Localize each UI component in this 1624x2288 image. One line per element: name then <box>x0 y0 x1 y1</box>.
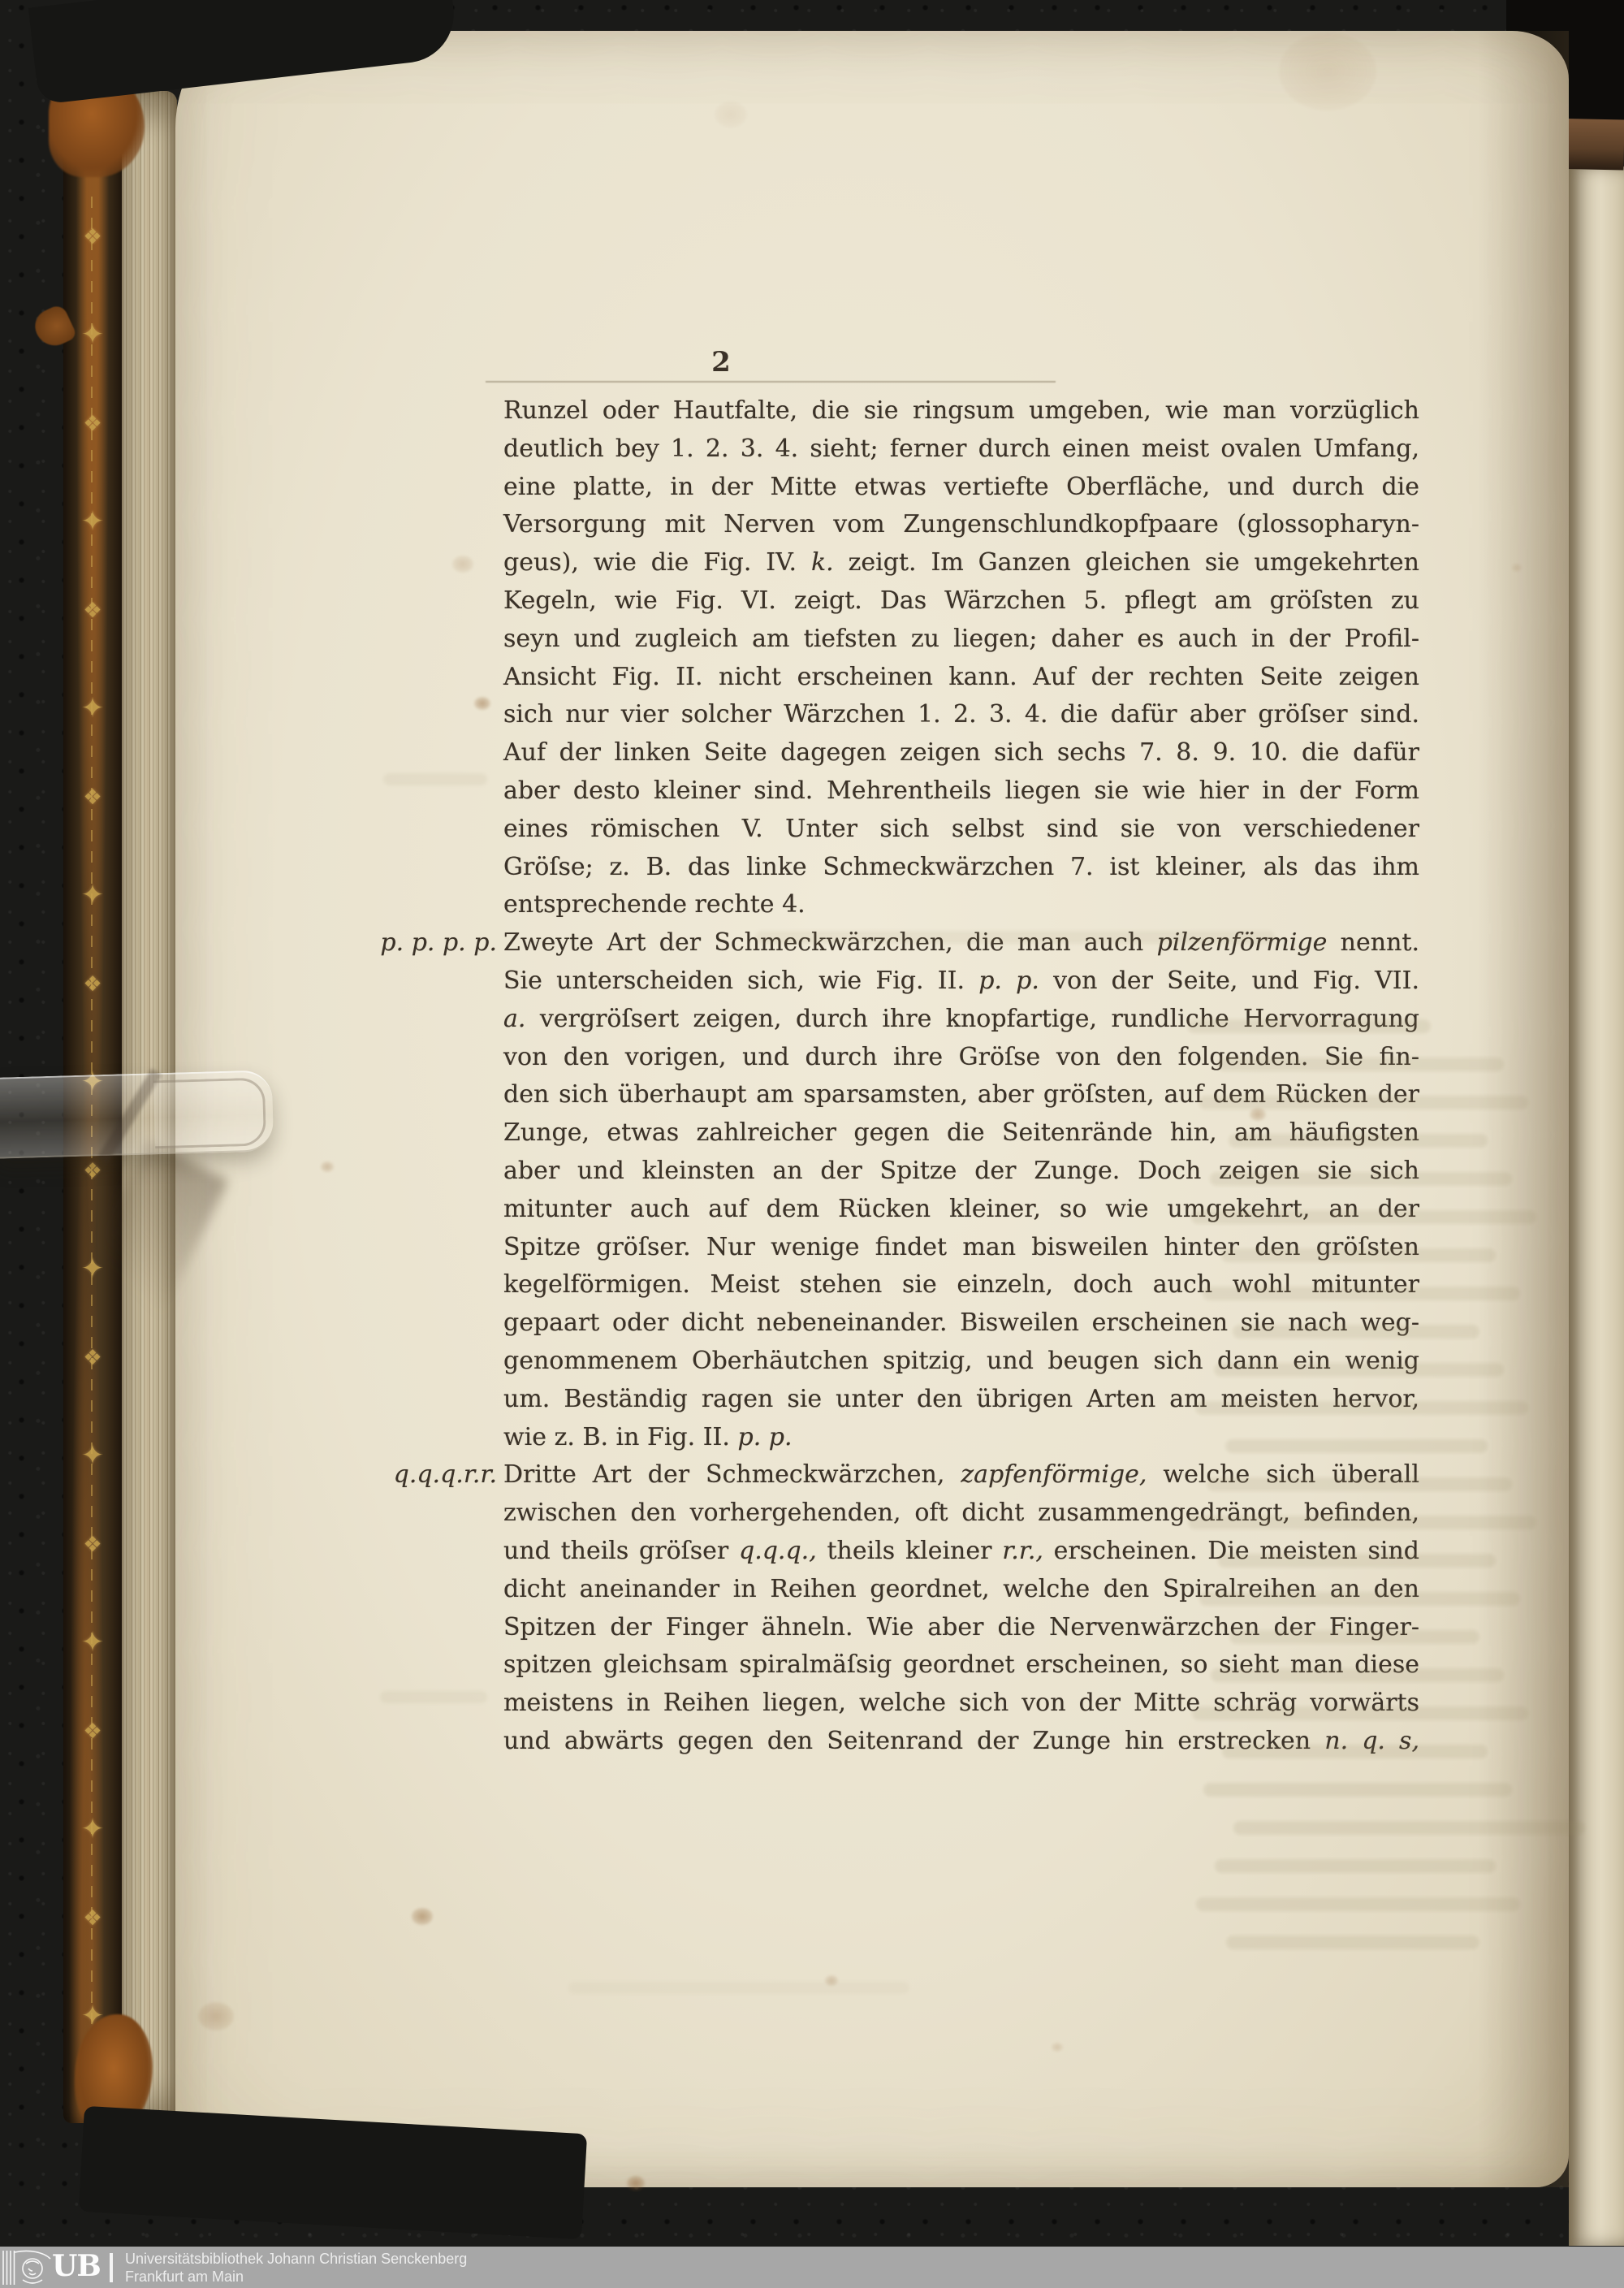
text-line: seyn und zugleich am tiefsten zu liegen;… <box>503 620 1419 658</box>
page-number: 2 <box>692 346 750 378</box>
text-line: entsprechende rechte 4. <box>503 885 1419 923</box>
ghost-text-line <box>1233 1821 1585 1835</box>
ghost-text-line <box>755 931 1275 944</box>
text-line: Sie unterscheiden sich, wie Fig. II. p. … <box>503 962 1419 1000</box>
foxing-spot <box>1512 564 1522 572</box>
ub-logo <box>2 2247 52 2287</box>
foxing-spot <box>474 697 490 710</box>
foxing-spot <box>627 2176 645 2191</box>
foxing-spot <box>825 1975 838 1986</box>
text-line: Runzel oder Hautfalte, die sie ringsum u… <box>503 391 1419 430</box>
library-city: Frankfurt am Main <box>125 2268 467 2286</box>
ghost-text-line <box>1229 1630 1479 1644</box>
plastic-page-holder <box>0 1070 274 1159</box>
show-through-rule <box>486 381 1056 383</box>
foxing-spot <box>452 556 473 573</box>
ghost-text-line <box>1210 1172 1512 1186</box>
library-name: Universitätsbibliothek Johann Christian … <box>125 2250 467 2268</box>
text-line: sich nur vier solcher Wärzchen 1. 2. 3. … <box>503 695 1419 733</box>
foxing-spot <box>715 102 747 128</box>
text-line: deutlich bey 1. 2. 3. 4. sieht; ferner d… <box>503 430 1419 468</box>
foxing-spot <box>412 1908 433 1925</box>
logo-divider-bar <box>110 2253 113 2282</box>
text-line: Ansicht Fig. II. nicht erscheinen kann. … <box>503 658 1419 696</box>
spine-ornament-icon: ❖ <box>63 1719 122 1744</box>
text-line: Versorgung mit Nerven vom Zungenschlundk… <box>503 505 1419 543</box>
ghost-text-line <box>380 1691 487 1703</box>
ghost-text-line <box>1214 1363 1504 1377</box>
ghost-text-line <box>1187 1019 1431 1033</box>
spine-ornament-icon: ❖ <box>63 599 122 623</box>
margin-label: q.q.q.r.r. <box>341 1455 497 1494</box>
spine-ornament-icon: ❖ <box>63 972 122 997</box>
foxing-spot <box>321 1161 334 1172</box>
spine-ornament-icon: ✦ <box>63 1439 122 1472</box>
ghost-text-line <box>1203 1783 1512 1797</box>
ghost-text-line <box>1221 1248 1496 1262</box>
margin-label: p. p. p. p. <box>341 923 497 962</box>
spine-ornament-icon: ❖ <box>63 1346 122 1370</box>
ghost-text-line <box>1199 1592 1520 1606</box>
spine-ornament-icon: ✦ <box>63 1626 122 1659</box>
ghost-text-line <box>1188 1516 1536 1529</box>
adjacent-page-edge <box>1569 167 1624 2246</box>
ghost-text-line <box>1229 1134 1488 1148</box>
foxing-spot <box>1279 32 1376 110</box>
ub-logo-text: UB <box>52 2249 101 2283</box>
ghost-text-line <box>1222 1745 1488 1758</box>
spine-ornament-icon: ❖ <box>63 1906 122 1931</box>
spine-ornament-icon: ✦ <box>63 1813 122 1845</box>
spine-ornament-icon: ✦ <box>63 879 122 911</box>
text-line: eine platte, in der Mitte etwas vertieft… <box>503 468 1419 506</box>
ghost-text-line <box>383 773 487 785</box>
text-line: geus), wie die Fig. IV. k. zeigt. Im Gan… <box>503 543 1419 582</box>
library-watermark-banner: UB Universitätsbibliothek Johann Christi… <box>0 2247 1624 2288</box>
foxing-spot <box>198 2002 234 2031</box>
ghost-text-line <box>1211 1668 1504 1682</box>
ghost-text-line <box>1191 1210 1536 1224</box>
ghost-text-line <box>1195 1401 1528 1415</box>
ghost-text-line <box>568 1982 909 1994</box>
spine-ornament-icon: ✦ <box>63 505 122 538</box>
text-line: Gröſse; z. B. das linke Schmeckwärzchen … <box>503 848 1419 886</box>
ghost-text-line <box>1215 1859 1496 1873</box>
scanned-book-page: ✦❖✦❖✦❖✦❖✦❖✦❖✦❖✦❖✦❖✦❖✦ 2 Runzel oder Haut… <box>0 0 1624 2288</box>
ghost-text-line <box>1217 1057 1504 1071</box>
text-line: eines römischen V. Unter sich selbst sin… <box>503 810 1419 848</box>
ghost-text-line <box>1199 1096 1528 1109</box>
text-line: Auf der linken Seite dagegen zeigen sich… <box>503 733 1419 772</box>
spine-ornament-icon: ✦ <box>63 692 122 724</box>
spine-ornament-icon: ❖ <box>63 225 122 249</box>
spine-ornament-icon: ❖ <box>63 785 122 810</box>
text-line: aber desto kleiner sind. Mehrentheils li… <box>503 772 1419 810</box>
ghost-text-line <box>1226 1936 1479 1949</box>
ghost-text-line <box>1192 1706 1528 1720</box>
ghost-text-line <box>1203 1287 1520 1300</box>
text-line: Kegeln, wie Fig. VI. zeigt. Das Wärzchen… <box>503 582 1419 620</box>
ghost-text-line <box>1225 1439 1488 1453</box>
page-holder-reflection <box>97 1069 162 1164</box>
ghost-text-line <box>1207 1477 1512 1491</box>
ghost-text-line <box>1218 1554 1496 1568</box>
spine-ornament-icon: ❖ <box>63 1533 122 1557</box>
watermark-text: Universitätsbibliothek Johann Christian … <box>125 2250 467 2286</box>
foxing-spot <box>1250 1108 1266 1121</box>
page-holder-clip-end <box>153 1077 266 1148</box>
spine-ornament-icon: ❖ <box>63 412 122 436</box>
spine-ornament-icon: ❖ <box>63 1159 122 1183</box>
ghost-text-line <box>1196 1897 1520 1911</box>
ghost-text-line <box>1233 1325 1479 1339</box>
gilt-chain-line <box>91 197 93 2170</box>
senckenberg-portrait-icon <box>2 2247 52 2287</box>
